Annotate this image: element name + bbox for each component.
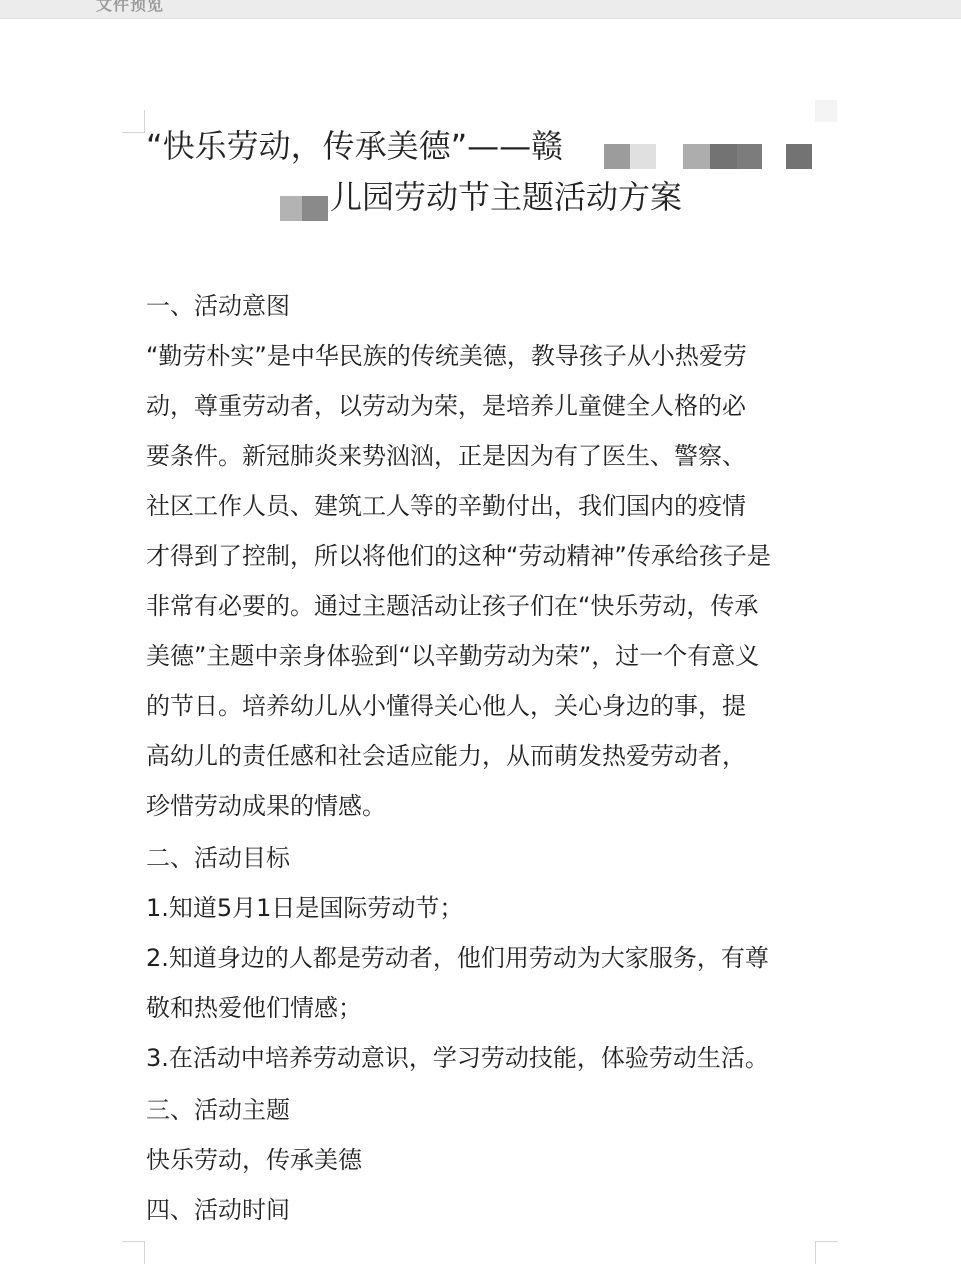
redaction-block: [710, 144, 737, 169]
redaction-block: [302, 196, 328, 221]
paragraph-line: 要条件。新冠肺炎来势汹汹，正是因为有了医生、警察、: [146, 439, 746, 473]
crop-mark-top-left: [122, 110, 145, 133]
paragraph-line: 珍惜劳动成果的情感。: [146, 789, 386, 823]
paragraph-line: 动，尊重劳动者，以劳动为荣，是培养儿童健全人格的必: [146, 389, 746, 423]
redaction-block: [630, 144, 656, 169]
redaction-block: [737, 144, 762, 169]
section-heading-theme: 三、活动主题: [146, 1093, 290, 1127]
redaction-block: [280, 196, 302, 221]
paragraph-line: 美德”主题中亲身体验到“以辛勤劳动为荣”，过一个有意义: [146, 639, 759, 673]
crop-mark-bottom-left: [122, 1241, 145, 1264]
goal-item: 3.在活动中培养劳动意识，学习劳动技能，体验劳动生活。: [146, 1041, 769, 1075]
redaction-block: [604, 144, 630, 169]
paragraph-line: 非常有必要的。通过主题活动让孩子们在“快乐劳动，传承: [146, 589, 758, 623]
section-heading-intent: 一、活动意图: [146, 289, 290, 323]
crop-mark-top-right: [815, 100, 837, 122]
goal-item: 2.知道身边的人都是劳动者，他们用劳动为大家服务，有尊: [146, 941, 769, 975]
goal-item-continuation: 敬和热爱他们情感；: [146, 991, 362, 1025]
preview-top-bar: 文件预览: [0, 0, 961, 19]
redaction-block: [683, 144, 710, 169]
paragraph-line: 才得到了控制，所以将他们的这种“劳动精神”传承给孩子是: [146, 539, 771, 573]
paragraph-line: “勤劳朴实”是中华民族的传统美德，教导孩子从小热爱劳: [146, 339, 747, 373]
paragraph-line: 的节日。培养幼儿从小懂得关心他人，关心身边的事，提: [146, 689, 746, 723]
section-heading-goals: 二、活动目标: [146, 841, 290, 875]
theme-text: 快乐劳动，传承美德: [146, 1143, 362, 1177]
document-title-line-2: 儿园劳动节主题活动方案: [330, 172, 682, 218]
crop-mark-bottom-right: [815, 1241, 838, 1264]
document-title-line-1: “快乐劳动，传承美德”——赣: [146, 121, 563, 167]
redaction-block: [786, 144, 812, 169]
section-heading-time: 四、活动时间: [146, 1193, 290, 1227]
paragraph-line: 高幼儿的责任感和社会适应能力，从而萌发热爱劳动者，: [146, 739, 746, 773]
paragraph-line: 社区工作人员、建筑工人等的辛勤付出，我们国内的疫情: [146, 489, 746, 523]
goal-item: 1.知道5月1日是国际劳动节；: [146, 891, 463, 925]
preview-title: 文件预览: [96, 0, 164, 15]
